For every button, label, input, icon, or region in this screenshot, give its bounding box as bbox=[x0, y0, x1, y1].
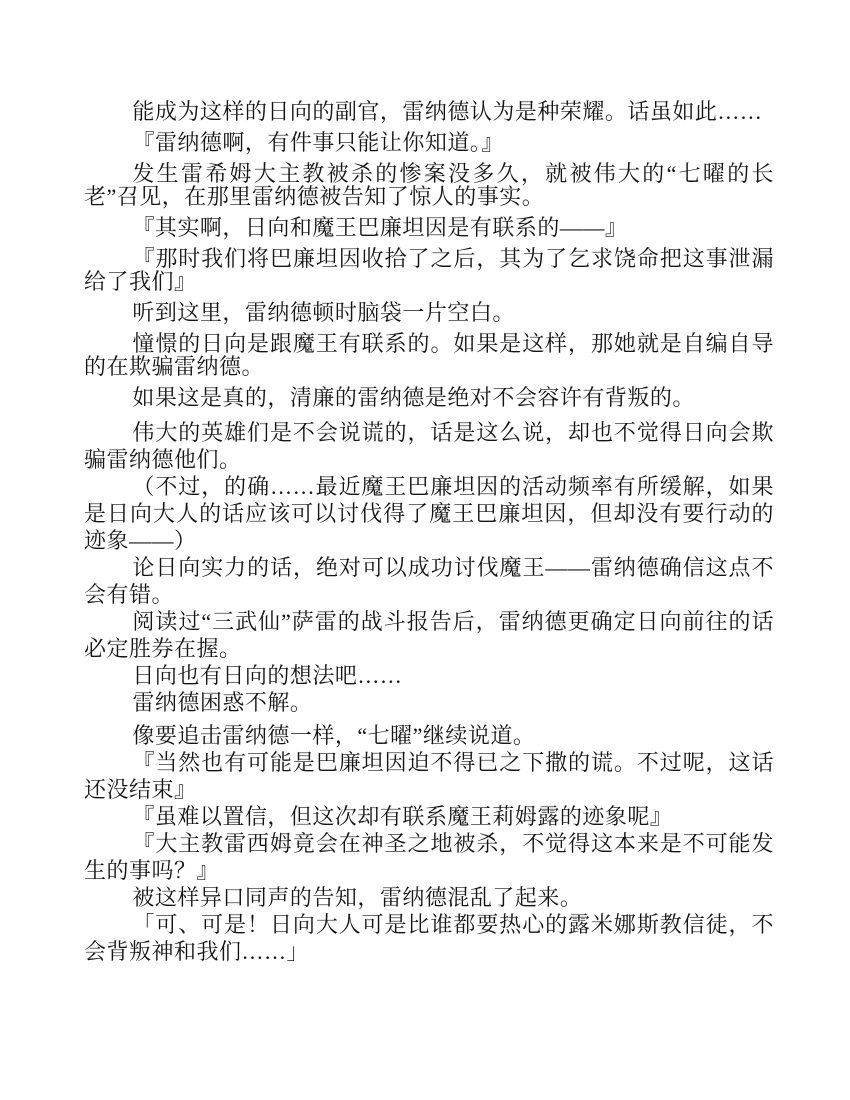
novel-paragraph: 能成为这样的日向的副官，雷纳德认为是种荣耀。话虽如此…… bbox=[84, 100, 774, 123]
novel-paragraph: 如果这是真的，清廉的雷纳德是绝对不会容许有背叛的。 bbox=[84, 386, 774, 409]
novel-text-body: 能成为这样的日向的副官，雷纳德认为是种荣耀。话虽如此……『雷纳德啊，有件事只能让… bbox=[84, 100, 774, 965]
novel-paragraph: 憧憬的日向是跟魔王有联系的。如果是这样，那她就是自编自导的在欺骗雷纳德。 bbox=[84, 332, 774, 378]
novel-paragraph: 伟大的英雄们是不会说谎的，话是这么说，却也不觉得日向会欺骗雷纳德他们。 bbox=[84, 419, 774, 473]
novel-paragraph: 『大主教雷西姆竟会在神圣之地被杀，不觉得这本来是不可能发生的事吗？』 bbox=[84, 830, 774, 884]
novel-paragraph: 雷纳德困惑不解。 bbox=[84, 689, 774, 716]
novel-paragraph: 『当然也有可能是巴廉坦因迫不得已之下撒的谎。不过呢，这话还没结束』 bbox=[84, 749, 774, 803]
novel-paragraph: 论日向实力的话，绝对可以成功讨伐魔王——雷纳德确信这点不会有错。 bbox=[84, 554, 774, 608]
novel-paragraph: 「可、可是！日向大人可是比谁都要热心的露米娜斯教信徒，不会背叛神和我们……」 bbox=[84, 911, 774, 965]
novel-paragraph: 发生雷希姆大主教被杀的惨案没多久，就被伟大的“七曜的长老”召见，在那里雷纳德被告… bbox=[84, 162, 774, 208]
document-page: 能成为这样的日向的副官，雷纳德认为是种荣耀。话虽如此……『雷纳德啊，有件事只能让… bbox=[0, 0, 850, 1100]
novel-paragraph: 『那时我们将巴廉坦因收拾了之后，其为了乞求饶命把这事泄漏给了我们』 bbox=[84, 247, 774, 293]
novel-paragraph: 日向也有日向的想法吧…… bbox=[84, 662, 774, 689]
novel-paragraph: 像要追击雷纳德一样，“七曜”继续说道。 bbox=[84, 722, 774, 749]
novel-paragraph: 被这样异口同声的告知，雷纳德混乱了起来。 bbox=[84, 884, 774, 911]
novel-paragraph: 听到这里，雷纳德顿时脑袋一片空白。 bbox=[84, 301, 774, 324]
novel-paragraph: （不过，的确……最近魔王巴廉坦因的活动频率有所缓解，如果是日向大人的话应该可以讨… bbox=[84, 473, 774, 554]
novel-paragraph: 『雷纳德啊，有件事只能让你知道。』 bbox=[84, 131, 774, 154]
novel-paragraph: 『其实啊，日向和魔王巴廉坦因是有联系的——』 bbox=[84, 216, 774, 239]
novel-paragraph: 『虽难以置信，但这次却有联系魔王莉姆露的迹象呢』 bbox=[84, 803, 774, 830]
novel-paragraph: 阅读过“三武仙”萨雷的战斗报告后，雷纳德更确定日向前往的话必定胜券在握。 bbox=[84, 608, 774, 662]
